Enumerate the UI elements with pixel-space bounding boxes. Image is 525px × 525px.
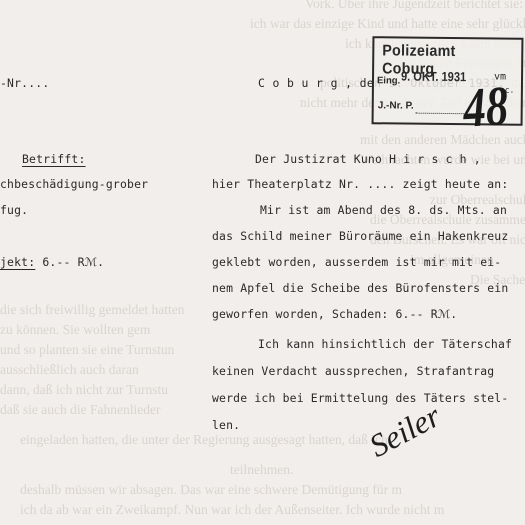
body-line: geklebt worden, ausserdem ist mir mit ei… [212,255,501,269]
subject-line: chbeschädigung-grober [0,177,148,191]
stamp-received-date: 9. OKT. 1931 [401,69,466,85]
bleed-line: und so planten sie eine Turnstun [0,340,174,360]
body-line: Der Justizrat Kuno H i r s c h , [255,152,481,166]
body-line: len. [212,418,240,432]
body-line: keinen Verdacht aussprechen, Strafantrag [212,364,494,378]
body-line: Ich kann hinsichtlich der Täterschaf [258,337,512,351]
object-value: 6.-- Rℳ. [42,255,104,269]
body-line: geworfen worden, Schaden: 6.-- Rℳ. [212,307,457,321]
reference-number: -Nr.... [0,76,49,90]
police-received-stamp: Polizeiamt Coburg Eing. 9. OKT. 1931 vm … [372,36,524,126]
object-line: jekt: 6.-- Rℳ. [0,255,104,269]
bleed-line: teilnehmen. [230,460,293,480]
stamp-journal-number: 48 [462,78,510,137]
bleed-line: Vork. Über ihre Jugendzeit berichtet sie… [305,0,523,14]
body-line: werde ich bei Ermittelung des Täters ste… [212,391,508,405]
signature: Seiler [363,397,446,465]
bleed-line: dann, daß ich nicht zur Turnstu [0,380,168,400]
body-line: nem Apfel die Scheibe des Bürofensters e… [212,281,508,295]
subject-line: fug. [0,203,28,217]
bleed-line: daß sie auch die Fahnenlieder [0,400,160,420]
body-line: hier Theaterplatz Nr. .... zeigt heute a… [212,177,508,191]
body-line: Mir ist am Abend des 8. ds. Mts. an [260,203,507,217]
bleed-line: zu können. Sie wollten gem [0,320,150,340]
bleed-line: die sich freiwillig gemeldet hatten [0,300,184,320]
stamp-journal-label: J.-Nr. P. [378,100,414,111]
bleed-line: ich war das einzige Kind und hatte eine … [250,14,525,34]
stamp-received-label: Eing. [377,75,400,86]
bleed-line: deshalb müssen wir absagen. Das war eine… [20,480,402,500]
bleed-line: ausschließlich auch daran [0,360,139,380]
body-line: das Schild meiner Büroräume ein Hakenkre… [212,229,508,243]
subject-label: Betrifft: [22,152,86,166]
bleed-line: eingeladen hatten, die unter der Regieru… [20,430,388,450]
bleed-line: ich da ab war ein Zweikampf. Nun war ich… [20,500,444,520]
object-label: jekt: [0,255,35,269]
